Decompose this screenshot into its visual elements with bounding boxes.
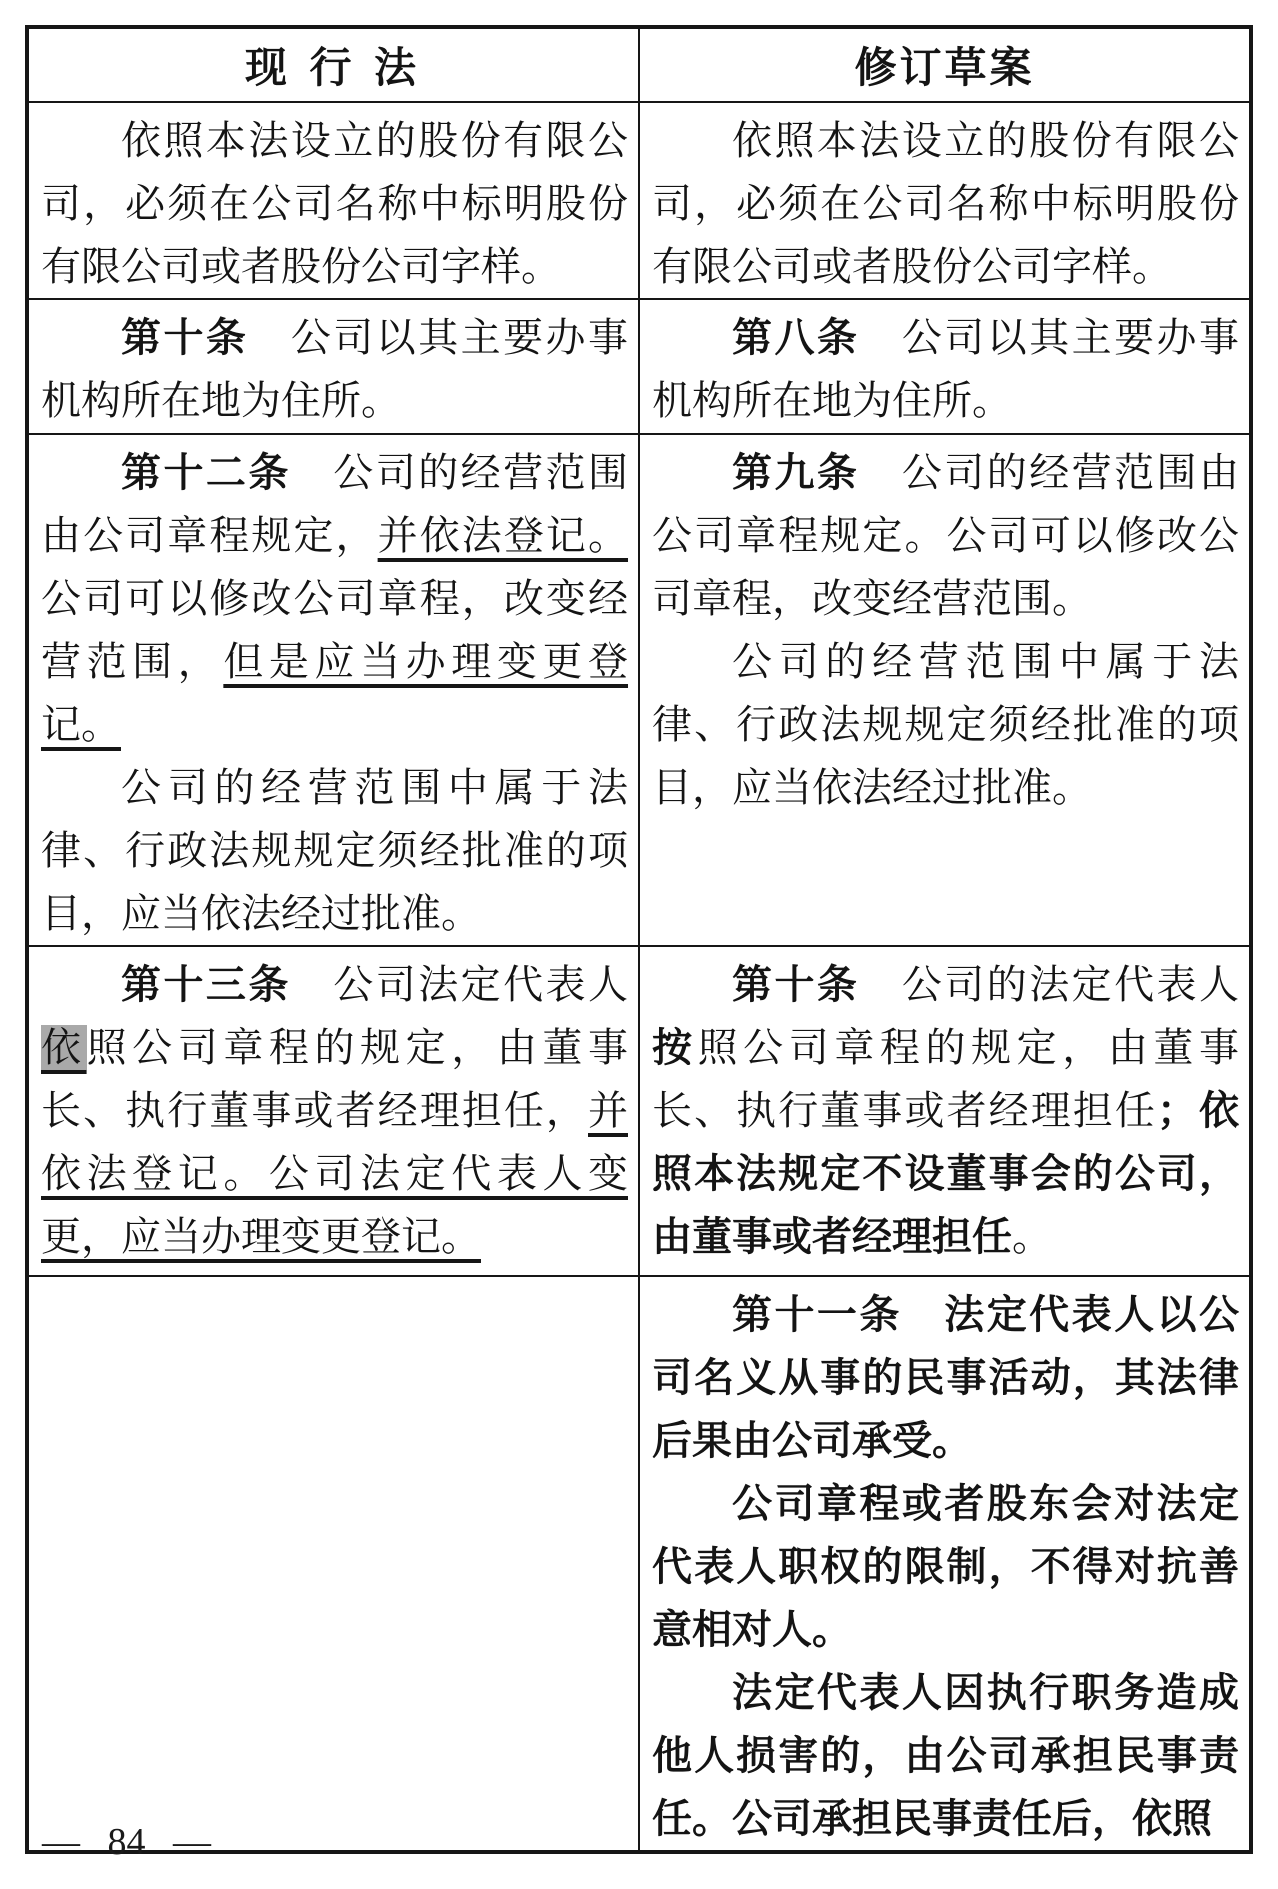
text-segment: 依照本法设立的股份有限公司，必须在公司名称中标明股份有限公司或者股份公司字样。 — [41, 118, 628, 289]
text-segment: 照公司章程的规定，由董事长、执行董事或者经理担任 — [652, 1025, 1239, 1133]
paragraph: 依照本法设立的股份有限公司，必须在公司名称中标明股份有限公司或者股份公司字样。 — [41, 109, 628, 298]
bold-text: 按 — [652, 1025, 698, 1070]
header-row: 现 行 法 修订草案 — [27, 27, 1251, 102]
cell-revision-draft: 第十条 公司的法定代表人按照公司章程的规定，由董事长、执行董事或者经理担任；依照… — [639, 946, 1251, 1276]
cell-revision-draft: 依照本法设立的股份有限公司，必须在公司名称中标明股份有限公司或者股份公司字样。 — [639, 102, 1251, 299]
text-segment: 公司法定代表人 — [291, 962, 628, 1007]
column-header-current-law-label: 现 行 法 — [245, 46, 422, 92]
highlighted-text: 依 — [41, 1025, 87, 1070]
cell-current-law — [27, 1276, 639, 1852]
bold-text: 第九条 — [732, 450, 859, 495]
page-number: — 84 — — [42, 1821, 211, 1863]
column-header-current-law: 现 行 法 — [27, 27, 639, 102]
column-header-revision-draft: 修订草案 — [639, 27, 1251, 102]
row-legal-representative: 第十三条 公司法定代表人依照公司章程的规定，由董事长、执行董事或者经理担任，并依… — [27, 946, 1251, 1276]
row-business-scope: 第十二条 公司的经营范围由公司章程规定，并依法登记。公司可以修改公司章程，改变经… — [27, 434, 1251, 946]
row-legal-representative-civil-acts: 第十一条 法定代表人以公司名义从事的民事活动，其法律后果由公司承受。公司章程或者… — [27, 1276, 1251, 1852]
cell-revision-draft: 第八条 公司以其主要办事机构所在地为住所。 — [639, 299, 1251, 434]
cell-current-law: 第十条 公司以其主要办事机构所在地为住所。 — [27, 299, 639, 434]
bold-text: 第十一条 法定代表人以公司名义从事的民事活动，其法律后果由公司承受。 — [652, 1292, 1239, 1463]
cell-revision-draft: 第十一条 法定代表人以公司名义从事的民事活动，其法律后果由公司承受。公司章程或者… — [639, 1276, 1251, 1852]
bold-text: 公司章程或者股东会对法定代表人职权的限制，不得对抗善意相对人。 — [652, 1481, 1239, 1652]
cell-revision-draft: 第九条 公司的经营范围由公司章程规定。公司可以修改公司章程，改变经营范围。公司的… — [639, 434, 1251, 946]
underlined-text: 并依法登记。 — [378, 513, 628, 558]
cell-current-law: 依照本法设立的股份有限公司，必须在公司名称中标明股份有限公司或者股份公司字样。 — [27, 102, 639, 299]
column-header-revision-draft-label: 修订草案 — [854, 46, 1034, 92]
paragraph: 第十二条 公司的经营范围由公司章程规定，并依法登记。公司可以修改公司章程，改变经… — [41, 441, 628, 756]
document-page: 现 行 法 修订草案 依照本法设立的股份有限公司，必须在公司名称中标明股份有限公… — [0, 0, 1278, 1889]
paragraph: 第十条 公司的法定代表人按照公司章程的规定，由董事长、执行董事或者经理担任；依照… — [652, 953, 1239, 1268]
bold-text: 第十二条 — [121, 450, 291, 495]
text-segment: 照公司章程的规定，由董事长、执行董事或者经理担任， — [41, 1025, 628, 1133]
paragraph: 第十条 公司以其主要办事机构所在地为住所。 — [41, 306, 628, 432]
paragraph: 公司章程或者股东会对法定代表人职权的限制，不得对抗善意相对人。 — [652, 1472, 1239, 1661]
bold-text: 第十条 — [732, 962, 859, 1007]
paragraph: 第九条 公司的经营范围由公司章程规定。公司可以修改公司章程，改变经营范围。 — [652, 441, 1239, 630]
paragraph: 第十三条 公司法定代表人依照公司章程的规定，由董事长、执行董事或者经理担任，并依… — [41, 953, 628, 1268]
bold-text: 第十条 — [121, 315, 248, 360]
bold-text: 法定代表人因执行职务造成他人损害的，由公司承担民事责任。公司承担民事责任后，依照 — [652, 1670, 1239, 1841]
text-segment: 公司的经营范围中属于法律、行政法规规定须经批准的项目，应当依法经过批准。 — [41, 765, 628, 936]
bold-text: 第十三条 — [121, 962, 291, 1007]
text-segment: 公司的法定代表人 — [859, 962, 1239, 1007]
text-segment: 。 — [1012, 1214, 1052, 1259]
law-comparison-table: 现 行 法 修订草案 依照本法设立的股份有限公司，必须在公司名称中标明股份有限公… — [25, 25, 1253, 1854]
paragraph: 第八条 公司以其主要办事机构所在地为住所。 — [652, 306, 1239, 432]
cell-current-law: 第十二条 公司的经营范围由公司章程规定，并依法登记。公司可以修改公司章程，改变经… — [27, 434, 639, 946]
page-footer: — 84 — — [42, 1820, 211, 1864]
paragraph: 公司的经营范围中属于法律、行政法规规定须经批准的项目，应当依法经过批准。 — [652, 630, 1239, 819]
paragraph: 公司的经营范围中属于法律、行政法规规定须经批准的项目，应当依法经过批准。 — [41, 756, 628, 945]
cell-current-law: 第十三条 公司法定代表人依照公司章程的规定，由董事长、执行董事或者经理担任，并依… — [27, 946, 639, 1276]
paragraph: 法定代表人因执行职务造成他人损害的，由公司承担民事责任。公司承担民事责任后，依照 — [652, 1661, 1239, 1850]
paragraph: 依照本法设立的股份有限公司，必须在公司名称中标明股份有限公司或者股份公司字样。 — [652, 109, 1239, 298]
bold-text: 第八条 — [732, 315, 859, 360]
paragraph: 第十一条 法定代表人以公司名义从事的民事活动，其法律后果由公司承受。 — [652, 1283, 1239, 1472]
text-segment: 公司的经营范围中属于法律、行政法规规定须经批准的项目，应当依法经过批准。 — [652, 639, 1239, 810]
row-domicile: 第十条 公司以其主要办事机构所在地为住所。第八条 公司以其主要办事机构所在地为住… — [27, 299, 1251, 434]
text-segment: 依照本法设立的股份有限公司，必须在公司名称中标明股份有限公司或者股份公司字样。 — [652, 118, 1239, 289]
row-company-name-requirement: 依照本法设立的股份有限公司，必须在公司名称中标明股份有限公司或者股份公司字样。依… — [27, 102, 1251, 299]
